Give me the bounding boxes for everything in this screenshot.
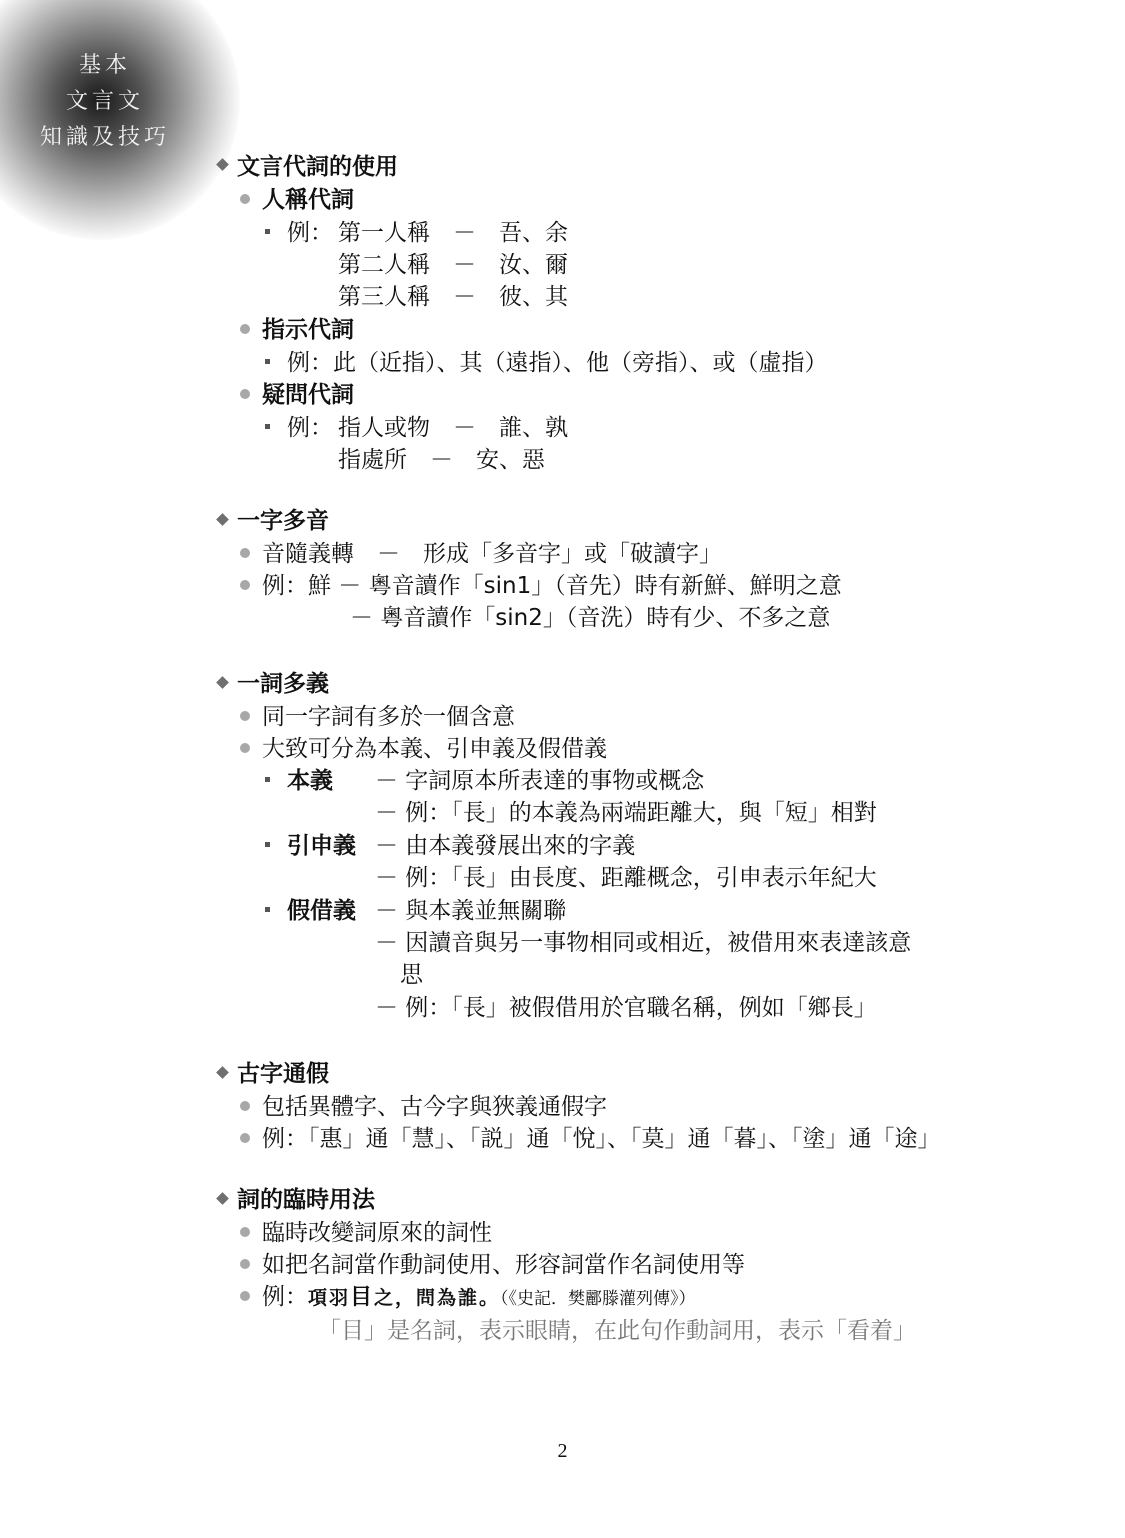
square-bullet-icon xyxy=(265,424,270,429)
kind-line: 思 xyxy=(400,960,423,990)
kind-label-original: 本義 xyxy=(287,766,333,796)
kind-line: － 例：「長」的本義為兩端距離大，與「短」相對 xyxy=(375,798,877,828)
badge-title: 基本 文言文 知識及技巧 xyxy=(0,48,210,156)
loan-item-2: 例：「惠」通「慧」、「説」通「悅」、「莫」通「暮」、「塗」通「途」 xyxy=(262,1124,941,1154)
kind-line: － 由本義發展出來的字義 xyxy=(375,831,635,861)
loan-item-1: 包括異體字、古今字與狹義通假字 xyxy=(262,1092,607,1122)
classical-quote: 項羽 xyxy=(308,1287,350,1309)
kind-line: － 因讀音與另一事物相同或相近，被借用來表達該意 xyxy=(375,928,911,958)
circle-bullet-icon xyxy=(240,711,250,721)
page-number: 2 xyxy=(0,1440,1125,1463)
circle-bullet-icon xyxy=(240,324,250,334)
kind-label-borrowed: 假借義 xyxy=(287,896,356,926)
interrogative-line-2: 指處所 － 安、惡 xyxy=(338,445,545,475)
section-title-loan: 古字通假 xyxy=(237,1059,329,1089)
circle-bullet-icon xyxy=(240,548,250,558)
section-title-pronouns: 文言代詞的使用 xyxy=(237,152,398,182)
square-bullet-icon xyxy=(265,842,270,847)
polyphone-item-3: － 粵音讀作「sin2」（音洗）時有少、不多之意 xyxy=(350,603,830,633)
personal-line-1: 第一人稱 － 吾、余 xyxy=(338,218,568,248)
circle-bullet-icon xyxy=(240,1227,250,1237)
kind-line: － 例：「長」被假借用於官職名稱，例如「鄉長」 xyxy=(375,993,877,1023)
kind-label-extended: 引申義 xyxy=(287,831,356,861)
interrogative-line-1: 指人或物 － 誰、孰 xyxy=(338,413,568,443)
example-prefix: 例： xyxy=(287,413,333,443)
polysemy-item-1: 同一字詞有多於一個含意 xyxy=(262,702,515,732)
polyphone-item-2: 例：鮮 － 粵音讀作「sin1」（音先）時有新鮮、鮮明之意 xyxy=(262,571,842,601)
personal-line-3: 第三人稱 － 彼、其 xyxy=(338,282,568,312)
section-title-polyphone: 一字多音 xyxy=(237,506,329,536)
kind-line: － 字詞原本所表達的事物或概念 xyxy=(375,766,704,796)
circle-bullet-icon xyxy=(240,1101,250,1111)
example-prefix: 例： xyxy=(287,218,333,248)
square-bullet-icon xyxy=(265,229,270,234)
subheading-interrogative: 疑問代詞 xyxy=(262,380,354,410)
kind-line: － 例：「長」由長度、距離概念，引申表示年紀大 xyxy=(375,863,877,893)
diamond-bullet-icon xyxy=(216,513,229,526)
personal-line-2: 第二人稱 － 汝、爾 xyxy=(338,250,568,280)
section-title-polysemy: 一詞多義 xyxy=(237,669,329,699)
polysemy-item-2: 大致可分為本義、引申義及假借義 xyxy=(262,734,607,764)
subheading-demonstrative: 指示代詞 xyxy=(262,315,354,345)
circle-bullet-icon xyxy=(240,1259,250,1269)
kind-line: － 與本義並無關聯 xyxy=(375,896,566,926)
diamond-bullet-icon xyxy=(216,1192,229,1205)
circle-bullet-icon xyxy=(240,580,250,590)
diamond-bullet-icon xyxy=(216,1066,229,1079)
square-bullet-icon xyxy=(265,907,270,912)
badge-line-2: 文言文 xyxy=(0,84,210,120)
section-title-temporary: 詞的臨時用法 xyxy=(237,1185,375,1215)
square-bullet-icon xyxy=(265,359,270,364)
classical-quote: 之，問為誰。 xyxy=(374,1287,500,1309)
subheading-personal: 人稱代詞 xyxy=(262,185,354,215)
circle-bullet-icon xyxy=(240,1133,250,1143)
circle-bullet-icon xyxy=(240,743,250,753)
example-prefix: 例： xyxy=(262,1284,308,1310)
circle-bullet-icon xyxy=(240,194,250,204)
temporary-item-2: 如把名詞當作動詞使用、形容詞當作名詞使用等 xyxy=(262,1250,745,1280)
square-bullet-icon xyxy=(265,777,270,782)
circle-bullet-icon xyxy=(240,389,250,399)
temporary-example: 例：項羽目之，問為誰。（《史記．樊酈滕灌列傳》） xyxy=(262,1282,696,1314)
circle-bullet-icon xyxy=(240,1291,250,1301)
temporary-note: 「目」是名詞，表示眼睛，在此句作動詞用，表示「看着」 xyxy=(318,1316,916,1346)
key-word: 目 xyxy=(350,1284,374,1310)
citation: （《史記．樊酈滕灌列傳》） xyxy=(500,1289,696,1309)
badge-line-1: 基本 xyxy=(0,48,210,84)
demonstrative-line: 例：此（近指）、其（遠指）、他（旁指）、或（虛指） xyxy=(287,348,828,378)
diamond-bullet-icon xyxy=(216,676,229,689)
polyphone-item-1: 音隨義轉 － 形成「多音字」或「破讀字」 xyxy=(262,539,722,569)
badge-line-3: 知識及技巧 xyxy=(0,120,210,156)
temporary-item-1: 臨時改變詞原來的詞性 xyxy=(262,1218,492,1248)
